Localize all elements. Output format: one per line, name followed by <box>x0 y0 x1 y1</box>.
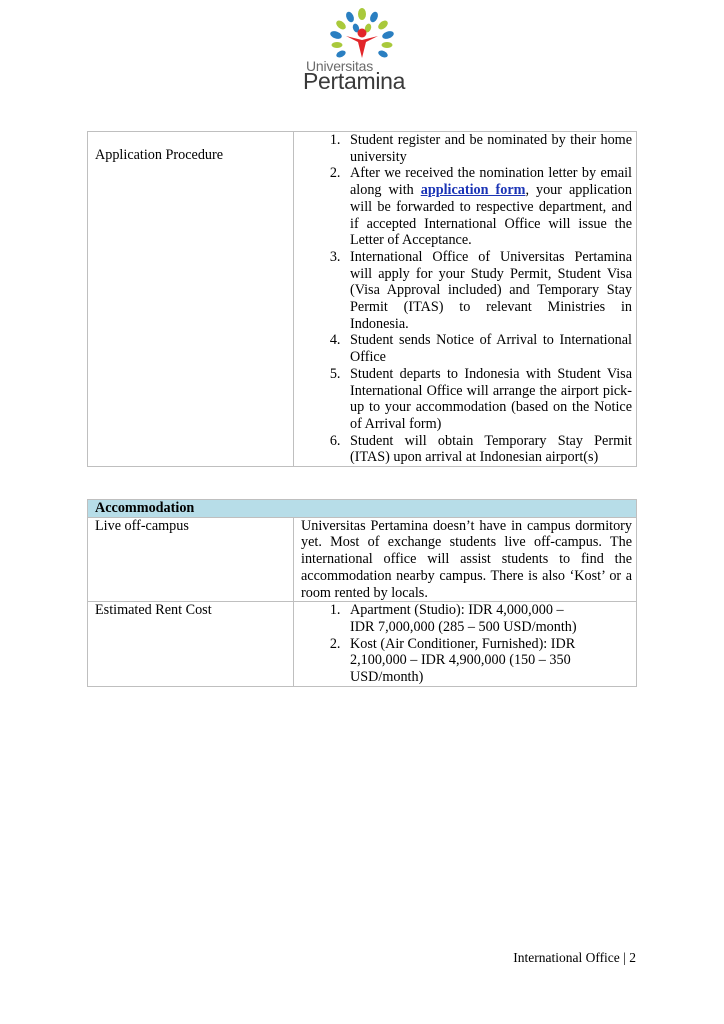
procedure-steps-cell: Student register and be nominated by the… <box>294 132 637 467</box>
row-value: Apartment (Studio): IDR 4,000,000 – IDR … <box>294 602 637 687</box>
row-label: Live off-campus <box>88 517 294 602</box>
procedure-step: Student register and be nominated by the… <box>344 132 632 165</box>
table-header-row: Accommodation <box>88 500 637 518</box>
live-off-campus-text: Universitas Pertamina doesn’t have in ca… <box>301 518 632 602</box>
rent-cost-item: Apartment (Studio): IDR 4,000,000 – IDR … <box>344 602 582 635</box>
procedure-steps-list: Student register and be nominated by the… <box>301 132 632 466</box>
logo-text-pertamina: Pertamina <box>303 70 405 93</box>
rent-cost-item: Kost (Air Conditioner, Furnished): IDR 2… <box>344 636 582 686</box>
application-form-link[interactable]: application form <box>421 182 526 198</box>
row-value: Universitas Pertamina doesn’t have in ca… <box>294 517 637 602</box>
row-label: Estimated Rent Cost <box>88 602 294 687</box>
page-footer: International Office | 2 <box>513 950 636 966</box>
procedure-step: Student will obtain Temporary Stay Permi… <box>344 433 632 466</box>
table-row: Live off-campus Universitas Pertamina do… <box>88 517 637 602</box>
procedure-step: Student sends Notice of Arrival to Inter… <box>344 332 632 365</box>
table-row: Estimated Rent Cost Apartment (Studio): … <box>88 602 637 687</box>
accommodation-header: Accommodation <box>88 500 637 518</box>
rent-cost-list: Apartment (Studio): IDR 4,000,000 – IDR … <box>301 602 632 686</box>
row-label: Application Procedure <box>88 132 294 467</box>
tree-person-logo-icon <box>300 6 424 62</box>
accommodation-table: Accommodation Live off-campus Universita… <box>87 499 637 687</box>
procedure-step: International Office of Universitas Pert… <box>344 249 632 333</box>
table-row: Application Procedure Student register a… <box>88 132 637 467</box>
university-logo: Universitas Pertamina <box>300 6 424 94</box>
procedure-step: After we received the nomination letter … <box>344 165 632 249</box>
procedure-step: Student departs to Indonesia with Studen… <box>344 366 632 433</box>
application-procedure-table: Application Procedure Student register a… <box>87 131 637 467</box>
